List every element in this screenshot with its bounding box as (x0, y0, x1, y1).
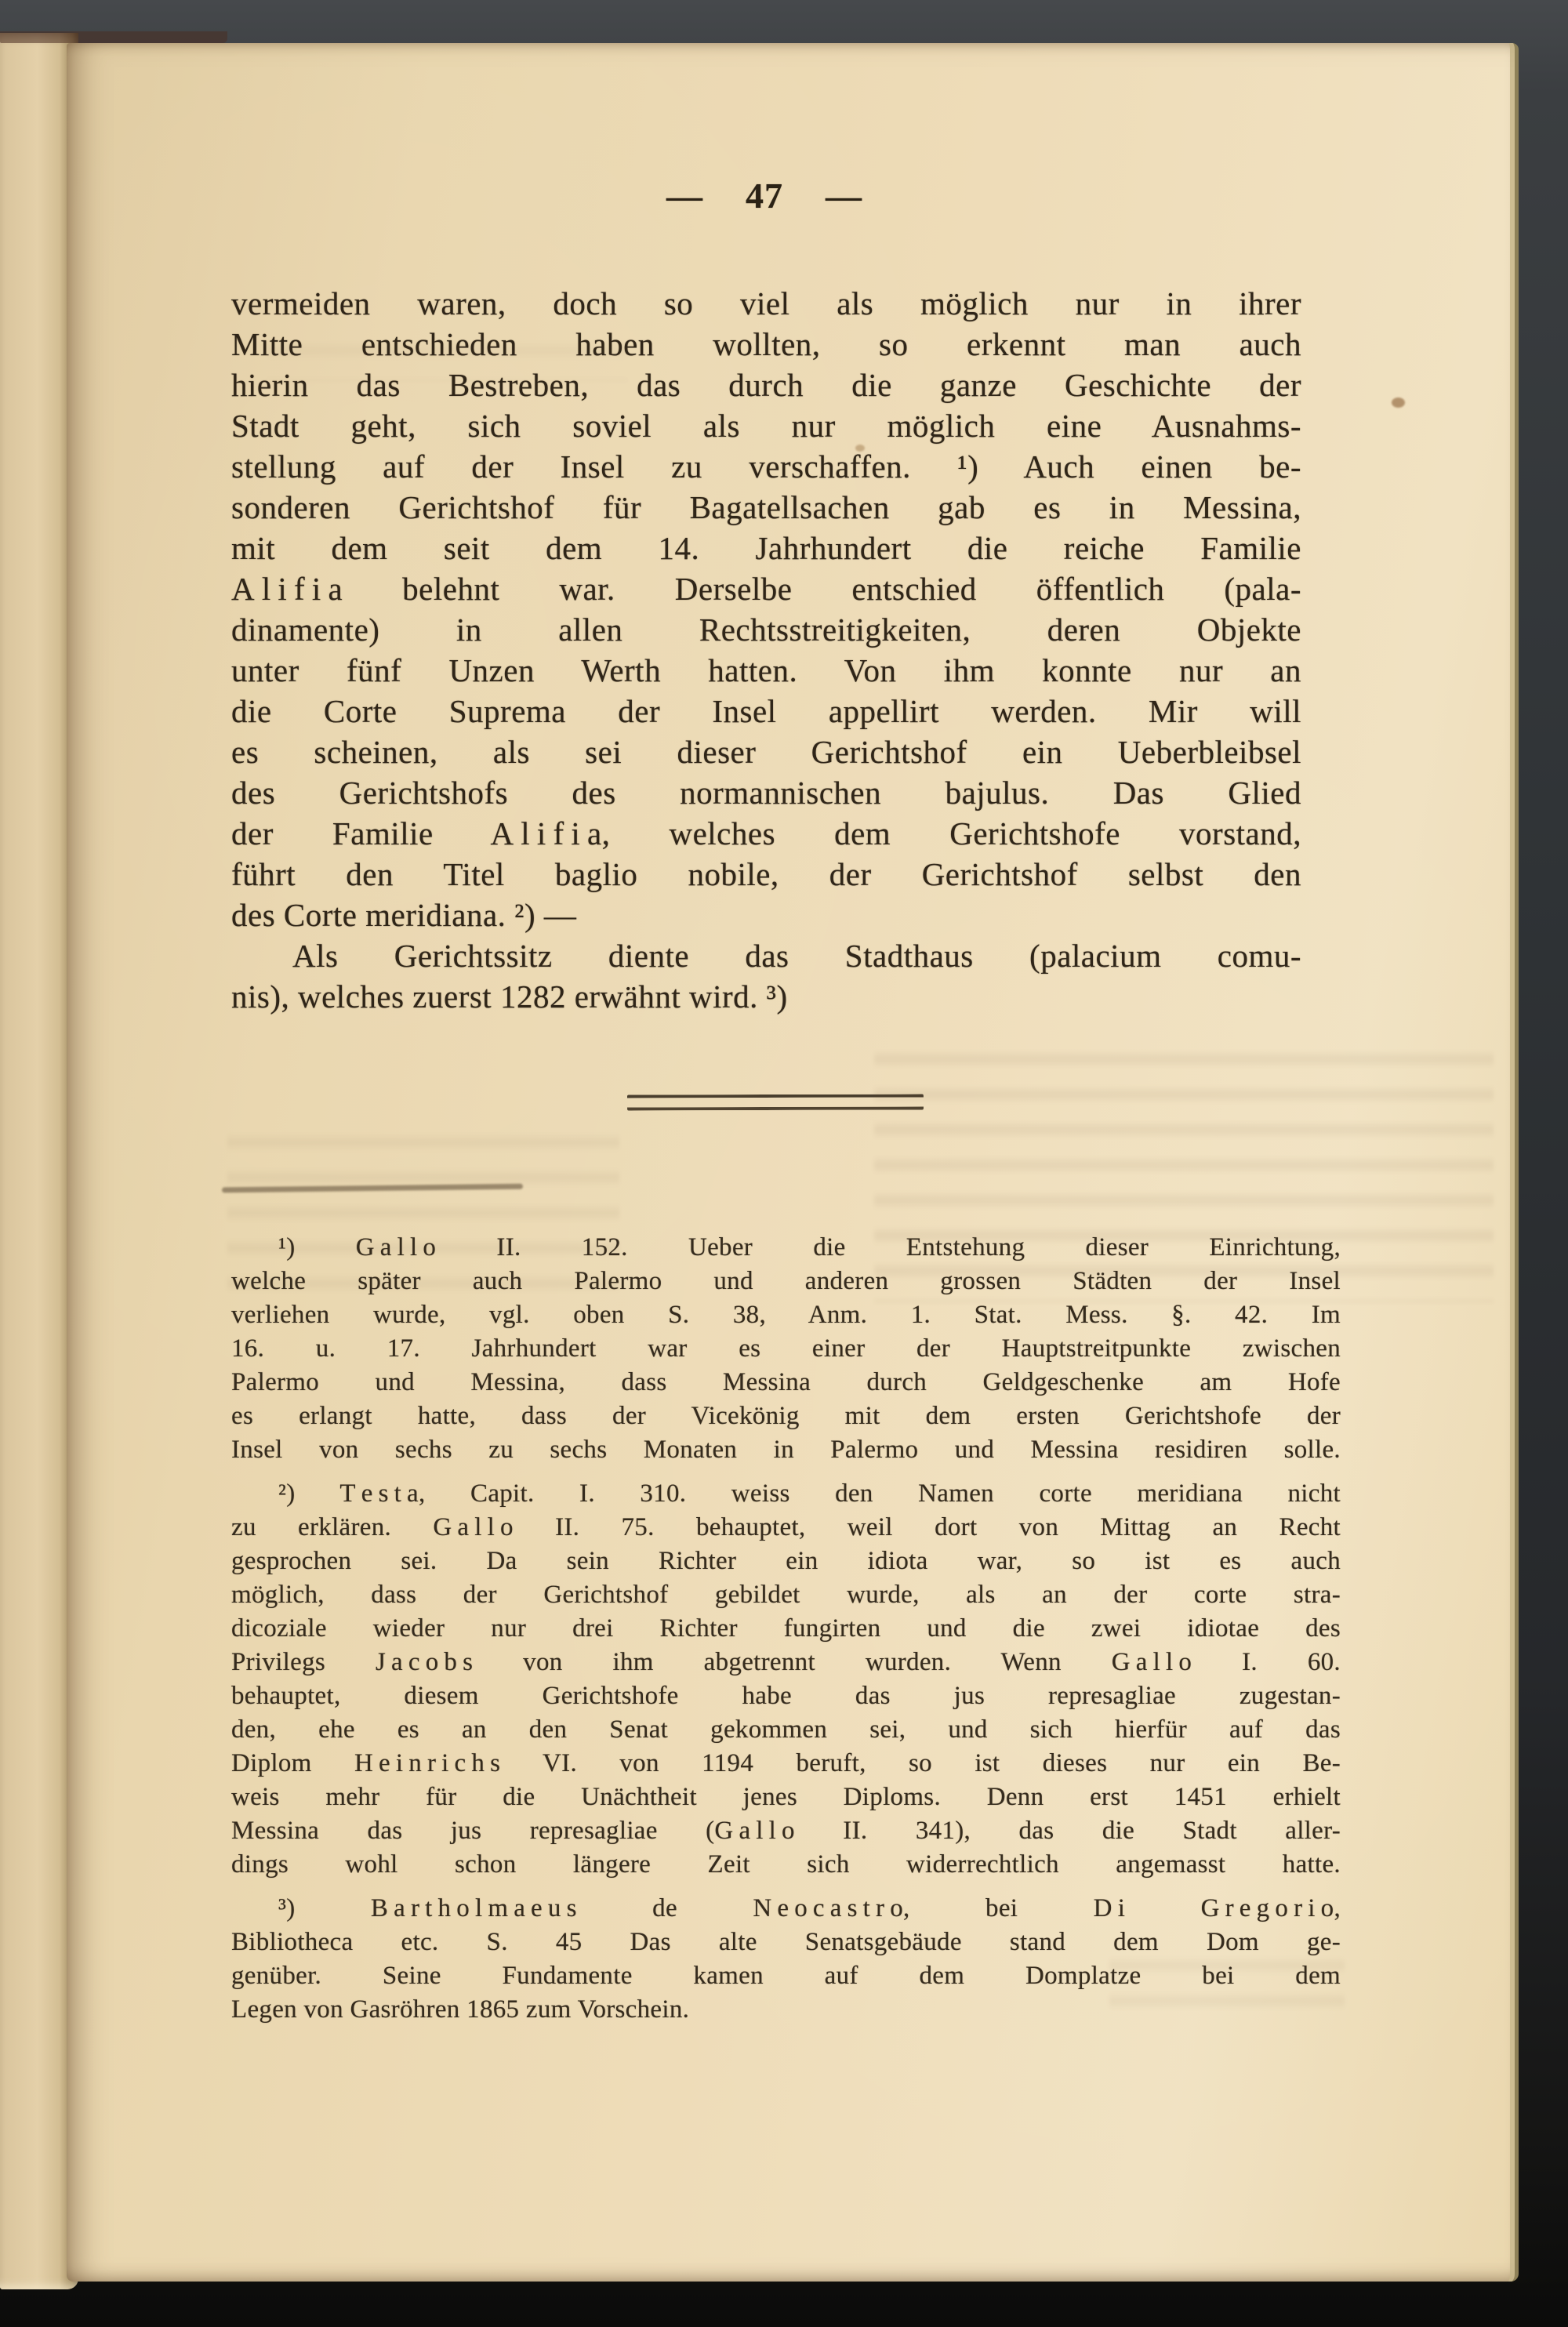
text-line: Als Gerichtssitz diente das Stadthaus (p… (231, 935, 1301, 976)
footnote-line: verliehen wurde, vgl. oben S. 38, Anm. 1… (231, 1298, 1341, 1332)
footnote-line: möglich, dass der Gerichtshof gebildet w… (231, 1578, 1341, 1612)
footnote-line: 16. u. 17. Jahrhundert war es einer der … (231, 1332, 1341, 1366)
footnote-line: Palermo und Messina, dass Messina durch … (231, 1366, 1341, 1399)
text-line: es scheinen, als sei dieser Gerichtshof … (231, 731, 1301, 772)
footnote-line: Legen von Gasröhren 1865 zum Vorschein. (231, 1993, 1341, 2027)
text-line: sonderen Gerichtshof für Bagatellsachen … (231, 487, 1301, 528)
footnote-line: Diplom H e i n r i c h s VI. von 1194 be… (231, 1747, 1341, 1781)
book-page: — 47 — vermeiden waren, doch so viel als… (67, 43, 1519, 2282)
text-line: vermeiden waren, doch so viel als möglic… (231, 283, 1301, 324)
footnote-3: ³) B a r t h o l m a e u s de N e o c a … (231, 1892, 1341, 2027)
footnote-line: gesprochen sei. Da sein Richter ein idio… (231, 1545, 1341, 1578)
footnote-line: zu erklären. G a l l o II. 75. behauptet… (231, 1511, 1341, 1545)
text-line: des Corte meridiana. ²) — (231, 895, 1301, 935)
footnote-line: dings wohl schon längere Zeit sich wider… (231, 1848, 1341, 1882)
footnote-line: ³) B a r t h o l m a e u s de N e o c a … (231, 1892, 1341, 1926)
text-line: unter fünf Unzen Werth hatten. Von ihm k… (231, 650, 1301, 691)
text-line: A l i f i a belehnt war. Derselbe entsch… (231, 568, 1301, 609)
text-line: der Familie A l i f i a, welches dem Ger… (231, 813, 1301, 854)
footnote-1: ¹) G a l l o II. 152. Ueber die Entstehu… (231, 1231, 1341, 1467)
text-line: dinamente) in allen Rechtsstreitigkeiten… (231, 609, 1301, 650)
footnote-2: ²) T e s t a, Capit. I. 310. weiss den N… (231, 1477, 1341, 1882)
page-number: 47 (746, 175, 783, 216)
footnote-line: dicoziale wieder nur drei Richter fungir… (231, 1612, 1341, 1646)
text-line: mit dem seit dem 14. Jahrhundert die rei… (231, 528, 1301, 568)
foxing-spot (855, 445, 865, 452)
text-line: führt den Titel baglio nobile, der Geric… (231, 854, 1301, 895)
book-scan-background: — 47 — vermeiden waren, doch so viel als… (0, 0, 1568, 2327)
footnote-line: ²) T e s t a, Capit. I. 310. weiss den N… (231, 1477, 1341, 1511)
footnote-line: behauptet, diesem Gerichtshofe habe das … (231, 1679, 1341, 1713)
text-line: die Corte Suprema der Insel appellirt we… (231, 691, 1301, 731)
gutter-shadow (0, 31, 227, 43)
footnote-line: Messina das jus represagliae (G a l l o … (231, 1814, 1341, 1848)
footnote-line: genüber. Seine Fundamente kamen auf dem … (231, 1959, 1341, 1993)
footnote-line: welche später auch Palermo und anderen g… (231, 1265, 1341, 1298)
footnotes-block: ¹) G a l l o II. 152. Ueber die Entstehu… (231, 1231, 1341, 2027)
footnote-line: den, ehe es an den Senat gekommen sei, u… (231, 1713, 1341, 1747)
footnote-line: Insel von sechs zu sechs Monaten in Pale… (231, 1433, 1341, 1467)
footnote-line: weis mehr für die Unächtheit jenes Diplo… (231, 1781, 1341, 1814)
main-text-block: vermeiden waren, doch so viel als möglic… (231, 283, 1301, 1017)
bleedthrough-artifact (267, 332, 627, 382)
header-dash-left: — (666, 175, 703, 216)
footnote-line: Privilegs J a c o b s von ihm abgetrennt… (231, 1646, 1341, 1679)
text-line: stellung auf der Insel zu verschaffen. ¹… (231, 446, 1301, 487)
text-line: Stadt geht, sich soviel als nur möglich … (231, 405, 1301, 446)
foxing-spot (1392, 398, 1405, 408)
header-dash-right: — (826, 175, 862, 216)
text-line: des Gerichtshofs des normannischen bajul… (231, 772, 1301, 813)
footnote-line: Bibliotheca etc. S. 45 Das alte Senatsge… (231, 1926, 1341, 1959)
footnote-line: ¹) G a l l o II. 152. Ueber die Entstehu… (231, 1231, 1341, 1265)
footnote-line: es erlangt hatte, dass der Vicekönig mit… (231, 1399, 1341, 1433)
page-header: — 47 — (666, 175, 862, 216)
text-line: nis), welches zuerst 1282 erwähnt wird. … (231, 976, 1301, 1017)
